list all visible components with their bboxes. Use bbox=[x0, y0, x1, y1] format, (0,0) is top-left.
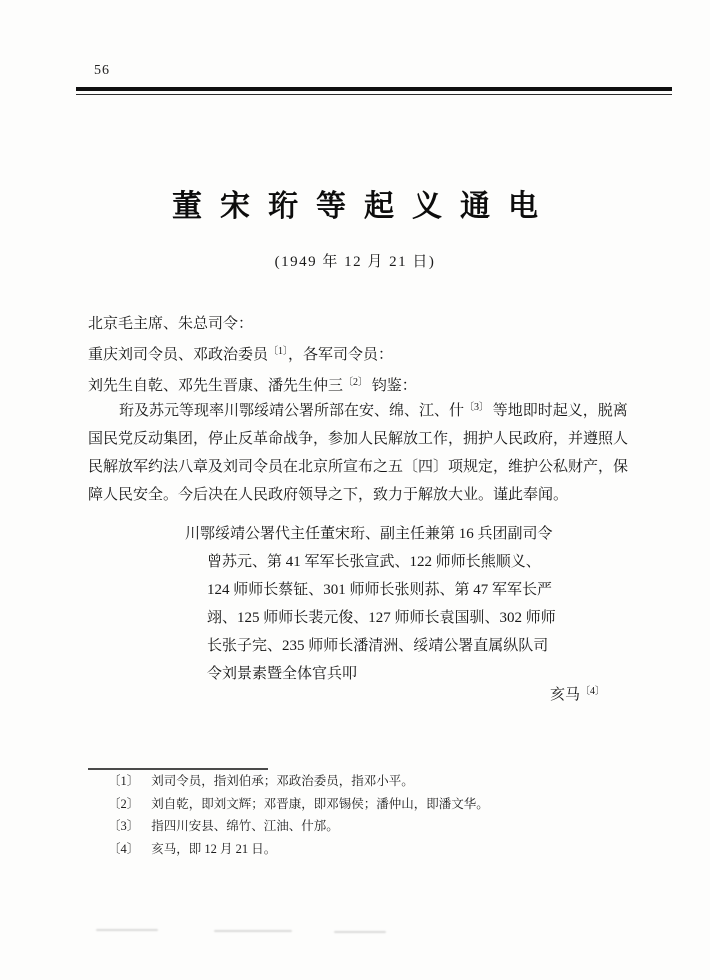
footnote-item: 〔1〕刘司令员，指刘伯承；邓政治委员，指邓小平。 bbox=[108, 770, 489, 793]
signature-line: 曾苏元、第 41 军军长张宣武、122 师师长熊顺义、 bbox=[207, 548, 556, 576]
footnote-marker: 〔3〕 bbox=[108, 819, 139, 833]
scanned-document-page: 56 董宋珩等起义通电 (1949 年 12 月 21 日) 北京毛主席、朱总司… bbox=[0, 0, 710, 980]
footnote-marker: 〔1〕 bbox=[108, 774, 139, 788]
date-code: 亥马〔4〕 bbox=[550, 678, 605, 709]
header-rule-thick bbox=[76, 87, 672, 91]
footnote-text: 刘自乾，即刘文辉；邓晋康，即邓锡侯；潘仲山，即潘文华。 bbox=[151, 797, 489, 811]
footnote-text: 指四川安县、绵竹、江油、什邡。 bbox=[151, 819, 339, 833]
footnote-text: 亥马，即 12 月 21 日。 bbox=[151, 842, 276, 856]
signature-line: 长张子完、235 师师长潘清洲、绥靖公署直属纵队司 bbox=[207, 632, 556, 660]
footnote-item: 〔3〕指四川安县、绵竹、江油、什邡。 bbox=[108, 815, 489, 838]
document-date: (1949 年 12 月 21 日) bbox=[0, 250, 710, 271]
header-rule-thin bbox=[76, 94, 672, 95]
footnote-item: 〔4〕亥马，即 12 月 21 日。 bbox=[108, 838, 489, 861]
footnote-marker: 〔4〕 bbox=[108, 842, 139, 856]
salutation-line: 北京毛主席、朱总司令： bbox=[88, 310, 417, 338]
signature-line: 令刘景素暨全体官兵叩 bbox=[207, 660, 556, 688]
scan-smudge bbox=[334, 931, 386, 933]
salutation-line: 重庆刘司令员、邓政治委员〔1〕，各军司令员： bbox=[88, 338, 417, 369]
scan-smudge bbox=[96, 929, 158, 931]
signature-line: 翊、125 师师长裴元俊、127 师师长袁国驯、302 师师 bbox=[207, 604, 556, 632]
page-number: 56 bbox=[94, 63, 110, 79]
document-title: 董宋珩等起义通电 bbox=[0, 181, 710, 225]
body-line: 民解放军约法八章及刘司令员在北京所宣布之五〔四〕项规定，维护公私财产，保 bbox=[88, 453, 628, 481]
body-line: 障人民安全。今后决在人民政府领导之下，致力于解放大业。谨此奉闻。 bbox=[88, 481, 628, 509]
footnote-item: 〔2〕刘自乾，即刘文辉；邓晋康，即邓锡侯；潘仲山，即潘文华。 bbox=[108, 793, 489, 816]
salutation-block: 北京毛主席、朱总司令： 重庆刘司令员、邓政治委员〔1〕，各军司令员： 刘先生自乾… bbox=[88, 310, 417, 400]
footnote-text: 刘司令员，指刘伯承；邓政治委员，指邓小平。 bbox=[151, 774, 414, 788]
footnotes-block: 〔1〕刘司令员，指刘伯承；邓政治委员，指邓小平。 〔2〕刘自乾，即刘文辉；邓晋康… bbox=[108, 770, 489, 860]
scan-smudge bbox=[214, 930, 292, 932]
body-paragraph: 珩及苏元等现率川鄂绥靖公署所部在安、绵、江、什〔3〕 等地即时起义，脱离 国民党… bbox=[88, 394, 628, 509]
body-line: 珩及苏元等现率川鄂绥靖公署所部在安、绵、江、什〔3〕 等地即时起义，脱离 bbox=[88, 394, 628, 425]
body-line: 国民党反动集团，停止反革命战争，参加人民解放工作，拥护人民政府，并遵照人 bbox=[88, 425, 628, 453]
signature-block: 川鄂绥靖公署代主任董宋珩、副主任兼第 16 兵团副司令 曾苏元、第 41 军军长… bbox=[207, 520, 556, 688]
signature-line: 川鄂绥靖公署代主任董宋珩、副主任兼第 16 兵团副司令 bbox=[207, 520, 556, 548]
footnote-marker: 〔2〕 bbox=[108, 797, 139, 811]
signature-line: 124 师师长蔡钲、301 师师长张则荪、第 47 军军长严 bbox=[207, 576, 556, 604]
